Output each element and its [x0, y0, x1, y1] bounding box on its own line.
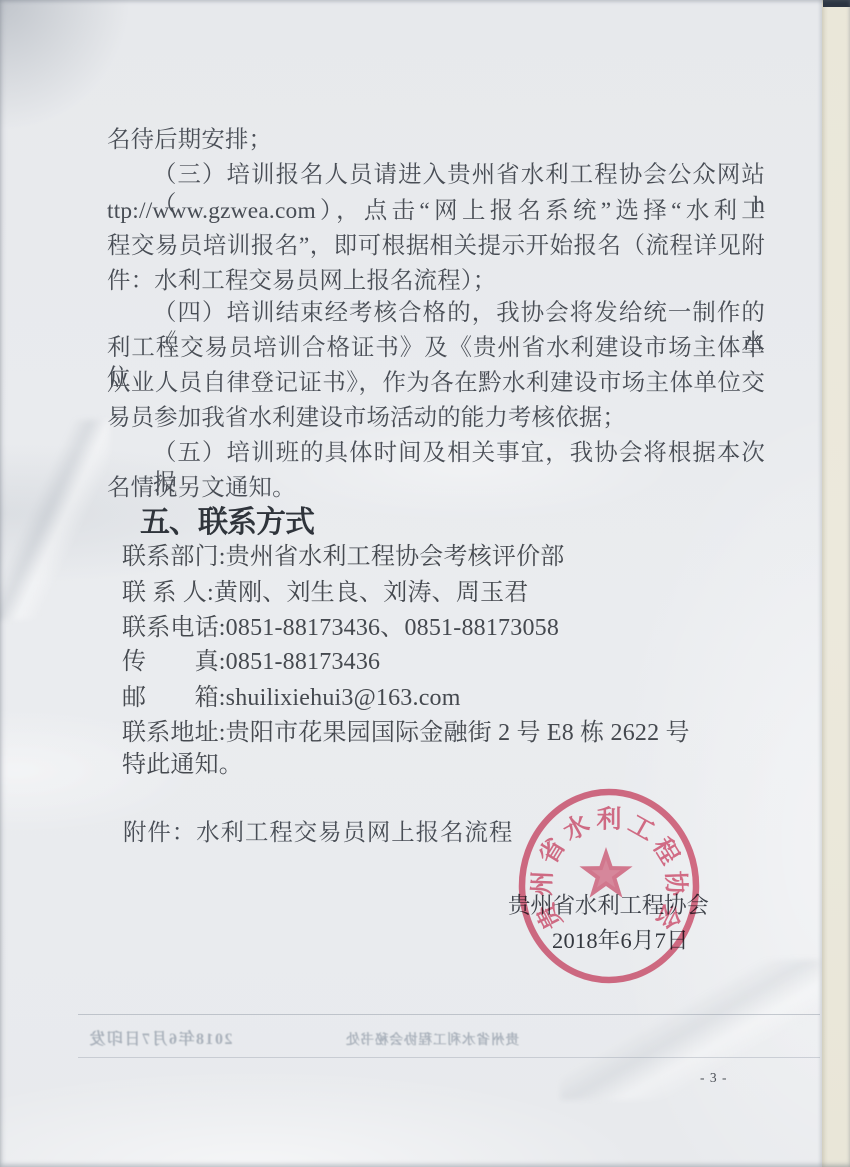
closing-line: 特此通知。 — [122, 750, 243, 780]
bleed-through-text-left: 2018年6月7日印发 — [88, 1026, 233, 1049]
stamp-arc-character: 程 — [647, 833, 684, 869]
attachment-line: 附件：水利工程交易员网上报名流程 — [123, 818, 513, 848]
bleed-through-rule — [78, 1057, 820, 1058]
stamp-arc-character: 协 — [661, 870, 690, 897]
stamp-arc-character: 会 — [650, 899, 687, 934]
stamp-arc-character: 水 — [559, 810, 595, 847]
contact-line-email: 邮 箱:shuilixiehui3@163.com — [122, 683, 461, 713]
para-4-line-4: 易员参加我省水利建设市场活动的能力考核依据； — [107, 403, 626, 433]
bleed-through-text-right: 贵州省水利工程协会秘书处 — [345, 1028, 519, 1048]
bleed-through-rule — [78, 1014, 820, 1015]
contact-line-address: 联系地址:贵阳市花果园国际金融街 2 号 E8 栋 2622 号 — [122, 718, 690, 748]
page-number: - 3 - — [700, 1070, 728, 1086]
scanned-document-page: 名待后期安排； （三）培训报名人员请进入贵州省水利工程协会公众网站（h ttp:… — [0, 0, 850, 1167]
scanner-background-strip — [822, 0, 850, 1167]
stamp-arc-character: 州 — [529, 870, 557, 896]
para-5-line-2: 名情况另文通知。 — [107, 473, 296, 503]
section-heading: 五、联系方式 — [140, 506, 314, 540]
stamp-arc-character: 工 — [624, 811, 659, 847]
stamp-arc-character: 贵 — [531, 897, 568, 934]
paper-crease — [0, 420, 110, 620]
para-3-line-4: 件：水利工程交易员网上报名流程）； — [107, 266, 496, 296]
para-4-line-3: 从业人员自律登记证书》，作为各在黔水利建设市场主体单位交 — [107, 368, 765, 398]
para-3-line-2: ttp://www.gzwea.com），点击“网上报名系统”选择“水利工 — [107, 196, 765, 226]
official-seal-stamp: 贵州省水利工程协会 — [509, 781, 709, 991]
contact-line-fax: 传 真:0851-88173436 — [122, 647, 380, 677]
continuation-line: 名待后期安排； — [107, 125, 272, 155]
seal-star-icon — [579, 847, 632, 898]
contact-line-phone: 联系电话:0851-88173436、0851-88173058 — [122, 613, 559, 643]
contact-line-department: 联系部门:贵州省水利工程协会考核评价部 — [122, 542, 564, 572]
stamp-arc-character: 省 — [534, 833, 571, 869]
contact-line-persons: 联 系 人:黄刚、刘生良、刘涛、周玉君 — [122, 578, 528, 608]
para-3-line-3: 程交易员培训报名”，即可根据相关提示开始报名（流程详见附 — [107, 231, 765, 261]
stamp-arc-character: 利 — [596, 806, 621, 834]
scanner-dark-bar — [823, 0, 850, 7]
